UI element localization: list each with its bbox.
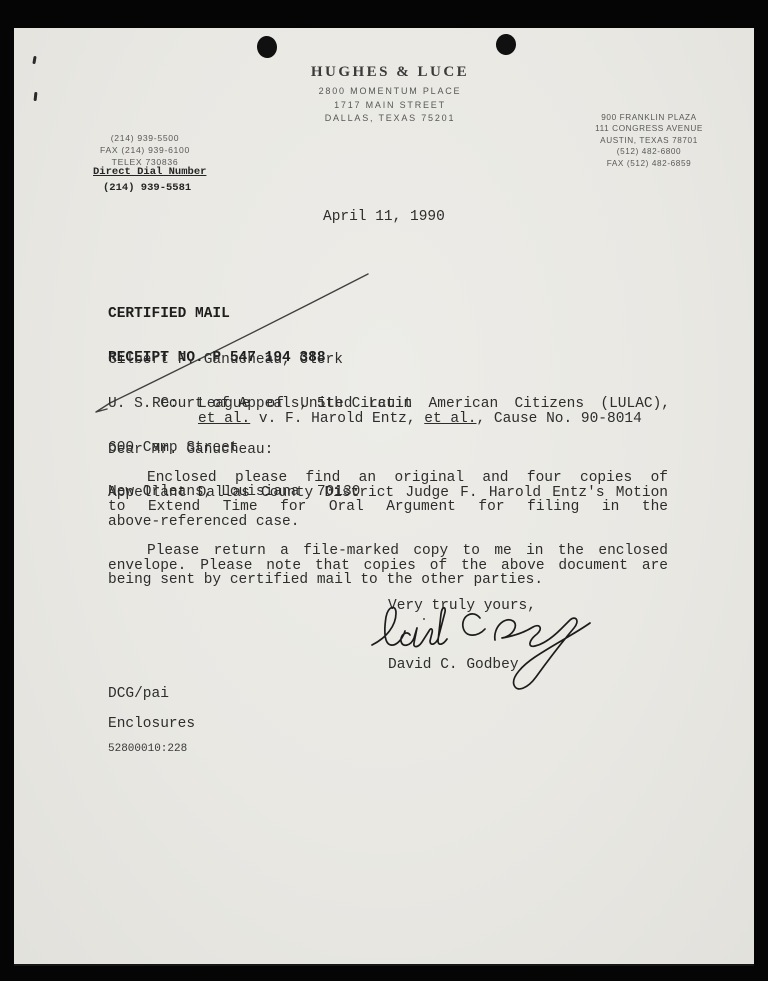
direct-dial-number: (214) 939-5581 (103, 182, 191, 194)
et-al-underlined: et al. (424, 411, 476, 427)
body-line: above-referenced case. (108, 515, 668, 530)
case-text: v. F. Harold Entz, (250, 411, 424, 427)
office-address-line: 111 CONGRESS AVENUE (574, 123, 724, 134)
scan-artifact (32, 56, 36, 64)
body-line: Please return a file-marked copy to me i… (108, 544, 668, 559)
re-subject-line1: League of United Latin American Citizens… (198, 397, 670, 412)
office-fax-line: FAX (512) 482-6859 (574, 158, 724, 169)
valediction: Very truly yours, (388, 599, 536, 614)
recipient-name-line: Gilbert F. Ganucheau, Clerk (108, 353, 413, 368)
body-paragraph-1: Enclosed please find an original and fou… (108, 471, 668, 529)
phone-line: (214) 939-5500 (70, 132, 220, 144)
firm-address-line: 2800 MOMENTUM PLACE (20, 86, 760, 96)
body-line: being sent by certified mail to the othe… (108, 573, 668, 588)
office-address-line: AUSTIN, TEXAS 78701 (574, 135, 724, 146)
fax-line: FAX (214) 939-6100 (70, 144, 220, 156)
firm-name: HUGHES & LUCE (20, 64, 760, 81)
enclosures-notation: Enclosures (108, 717, 195, 732)
austin-office-block: 900 FRANKLIN PLAZA 111 CONGRESS AVENUE A… (574, 112, 724, 169)
certified-mail-line: CERTIFIED MAIL (108, 307, 326, 322)
scanned-letter-background: HUGHES & LUCE 2800 MOMENTUM PLACE 1717 M… (0, 0, 768, 981)
body-paragraph-2: Please return a file-marked copy to me i… (108, 544, 668, 588)
re-subject-line2: et al. v. F. Harold Entz, et al., Cause … (198, 412, 670, 427)
dallas-contact-block: (214) 939-5500 FAX (214) 939-6100 TELEX … (70, 132, 220, 169)
date-line: April 11, 1990 (323, 210, 445, 225)
signer-typed-name: David C. Godbey (388, 658, 519, 673)
et-al-underlined: et al. (198, 411, 250, 427)
salutation: Dear Mr. Ganucheau: (108, 443, 273, 458)
direct-dial-label: Direct Dial Number (93, 166, 206, 178)
hole-punch-mark (495, 33, 516, 55)
letter-page: HUGHES & LUCE 2800 MOMENTUM PLACE 1717 M… (14, 28, 754, 964)
body-line: to Extend Time for Oral Argument for fil… (108, 500, 668, 515)
body-line: Appellant Dallas County District Judge F… (108, 486, 668, 501)
office-address-line: 900 FRANKLIN PLAZA (574, 112, 724, 123)
re-label: Re: (152, 397, 178, 412)
hole-punch-mark (256, 35, 278, 59)
office-phone-line: (512) 482-6800 (574, 146, 724, 157)
body-line: envelope. Please note that copies of the… (108, 559, 668, 574)
cause-number-text: , Cause No. 90-8014 (476, 411, 641, 427)
re-subject: League of United Latin American Citizens… (198, 397, 670, 426)
body-line: Enclosed please find an original and fou… (108, 471, 668, 486)
document-control-number: 52800010:228 (108, 742, 187, 757)
typist-initials: DCG/pai (108, 687, 169, 702)
firm-address-line: 1717 MAIN STREET (20, 100, 760, 110)
